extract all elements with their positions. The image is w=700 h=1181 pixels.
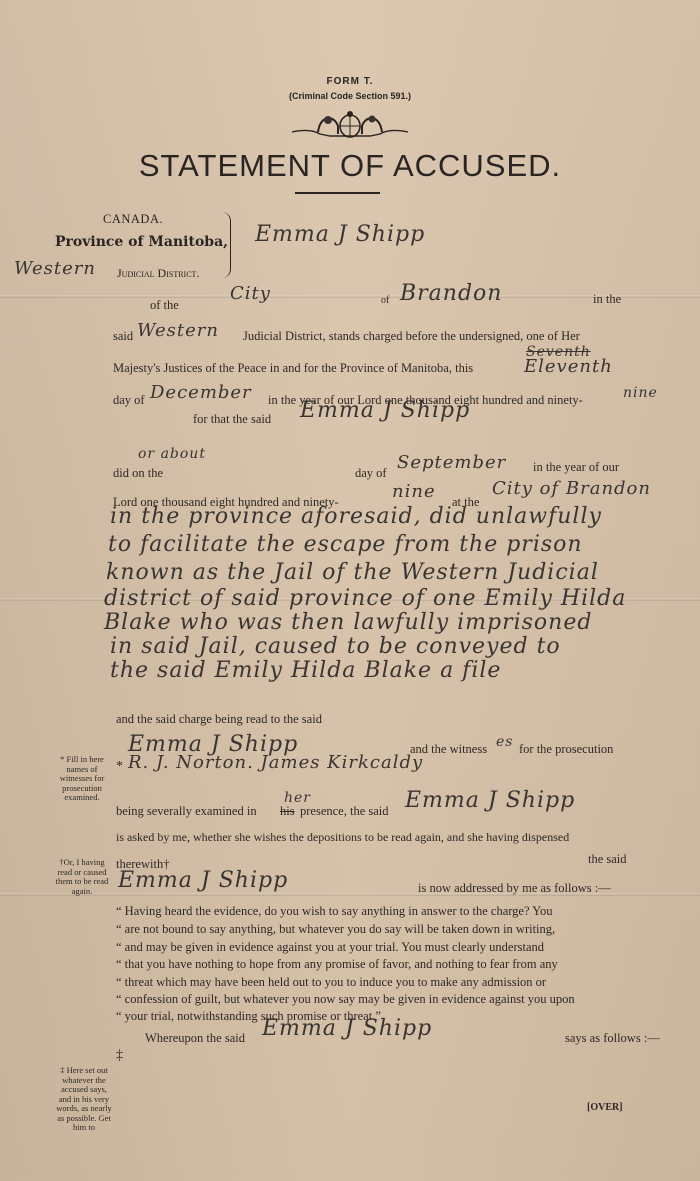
district-handwritten-2: Western [137,320,219,341]
day-of-label: day of [113,393,145,408]
accused-name-4: Emma J Shipp [405,788,575,813]
examined-rest: presence, the said [300,804,389,819]
caution-line: “ threat which may have been held out to… [116,975,546,990]
accused-name-6: Emma J Shipp [262,1016,432,1041]
witness-suffix-handwritten: es [496,734,513,750]
charge-line-1: Judicial District, stands charged before… [243,329,580,344]
margin-note-statement: ‡ Here set out whatever the accused says… [56,1066,112,1133]
page-title: STATEMENT OF ACCUSED. [0,148,700,184]
did-on-the-label: did on the [113,466,163,481]
charge-read-line: and the said charge being read to the sa… [116,712,322,727]
accused-name-top: Emma J Shipp [255,222,425,247]
offence-text-line: to facilitate the escape from the prison [108,532,583,557]
in-the-label: in the [593,292,621,307]
double-dagger-marker: ‡ [116,1048,123,1064]
or-about-handwritten: or about [138,446,206,462]
whereupon-label: Whereupon the said [145,1031,245,1046]
addressed-line: is now addressed by me as follows :— [418,881,611,896]
charge-line-2: Majesty's Justices of the Peace in and f… [113,361,473,376]
offence-month-handwritten: September [397,452,506,473]
caution-line: “ confession of guilt, but whatever you … [116,992,575,1007]
margin-note-read: †Or, I having read or caused them to be … [52,858,112,896]
district-label: Judicial District. [117,266,199,281]
offence-text-line: the said Emily Hilda Blake a file [110,658,501,683]
code-reference: (Criminal Code Section 591.) [0,91,700,101]
caution-line: “ are not bound to say anything, but wha… [116,922,555,937]
province-label: Province of Manitoba, [55,234,228,250]
accused-name-2: Emma J Shipp [300,398,470,423]
offence-year-handwritten: nine [392,481,436,502]
for-that-label: for that the said [193,412,271,427]
his-struck: his [280,804,295,819]
location-type-handwritten: City [230,283,271,304]
title-underline [295,192,380,194]
bracket [222,212,231,278]
for-prosecution-label: for the prosecution [519,742,613,757]
month-handwritten: December [150,382,252,403]
accused-name-5: Emma J Shipp [118,868,288,893]
offence-text-line: Blake who was then lawfully imprisoned [104,610,592,635]
said-label: said [113,329,133,344]
form-label: FORM T. [0,76,700,87]
year-of-our-label: in the year of our [533,460,619,475]
district-handwritten: Western [14,258,96,279]
caution-line: “ Having heard the evidence, do you wish… [116,904,552,919]
day-handwritten: Eleventh [524,356,613,377]
offence-text-line: in said Jail, caused to be conveyed to [110,634,561,659]
caution-line: “ that you have nothing to hope from any… [116,957,558,972]
offence-place-handwritten: City of Brandon [492,478,651,499]
says-as-follows-label: says as follows :— [565,1031,660,1046]
over-label: [OVER] [587,1102,623,1113]
witness-names-handwritten: R. J. Norton. James Kirkcaldy [128,752,423,773]
caution-line: “ and may be given in evidence against y… [116,940,544,955]
offence-text-line: district of said province of one Emily H… [104,586,626,611]
place-handwritten: Brandon [400,281,502,306]
asked-line: is asked by me, whether she wishes the d… [116,830,569,845]
witness-marker: * [116,759,123,775]
day-of-label-2: day of [355,466,387,481]
of-label: of [381,295,389,306]
royal-crest-icon [290,110,410,142]
examined-label: being severally examined in [116,804,257,819]
margin-note-witnesses: * Fill in here names of witnesses for pr… [52,755,112,803]
offence-text-line: known as the Jail of the Western Judicia… [106,560,599,585]
country-label: CANADA. [103,212,163,227]
the-said-label: the said [588,852,627,867]
of-the-label: of the [150,298,179,313]
year-handwritten: nine [623,385,658,401]
offence-text-line: in the province aforesaid, did unlawfull… [110,504,602,529]
